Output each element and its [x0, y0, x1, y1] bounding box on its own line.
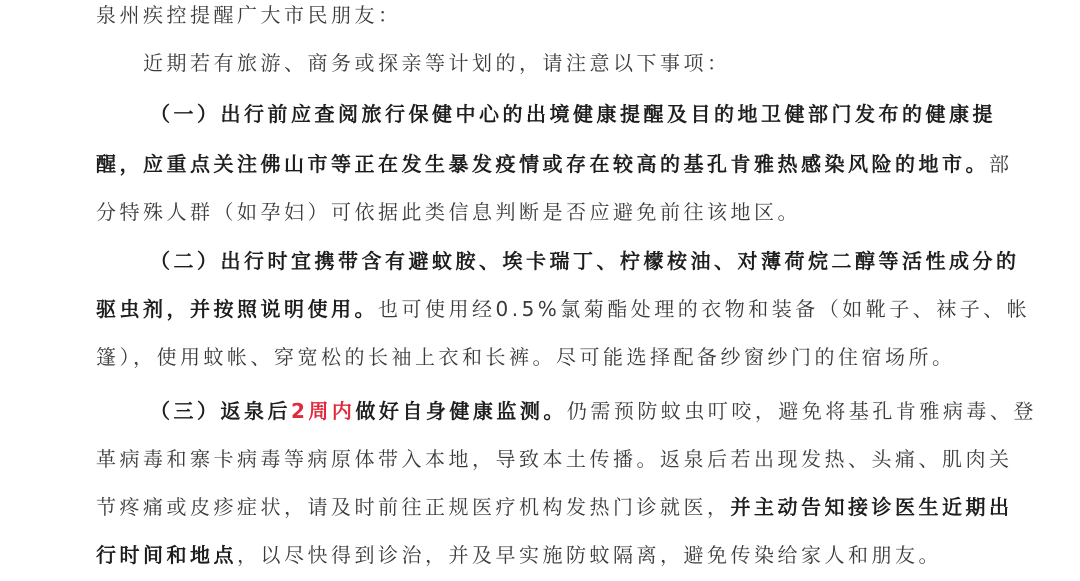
item-3-bold-text: 并主动告知接诊医生近期出 [731, 495, 1013, 519]
intro-line: 近期若有旅游、商务或探亲等计划的，请注意以下事项： [143, 50, 1080, 76]
item-2-line-1: （二）出行时宜携带含有避蚊胺、埃卡瑞丁、柠檬桉油、对薄荷烷二醇等活性成分的 [150, 248, 1040, 274]
document-page: 泉州疾控提醒广大市民朋友： 近期若有旅游、商务或探亲等计划的，请注意以下事项： … [0, 0, 1080, 581]
greeting-text: 泉州疾控提醒广大市民朋友： [96, 3, 402, 27]
item-3-text: 革病毒和寨卡病毒等病原体带入本地，导致本土传播。返泉后若出现发热、头痛、肌肉关 [96, 447, 1013, 471]
item-2-text: 篷），使用蚊帐、穿宽松的长袖上衣和长裤。尽可能选择配备纱窗纱门的住宿场所。 [96, 345, 956, 369]
item-3-heading: （三）返泉后 [150, 399, 291, 423]
item-3-text: 仍需预防蚊虫叮咬，避免将基孔肯雅病毒、登 [567, 399, 1037, 423]
item-3-line-4: 行时间和地点，以尽快得到诊治，并及早实施防蚊隔离，避免传染给家人和朋友。 [96, 542, 1041, 568]
item-3-text: ，以尽快得到诊治，并及早实施防蚊隔离，避免传染给家人和朋友。 [237, 543, 942, 567]
item-3-line-2: 革病毒和寨卡病毒等病原体带入本地，导致本土传播。返泉后若出现发热、头痛、肌肉关 [96, 446, 1041, 472]
item-1-text: 部 [989, 152, 1013, 176]
item-3-highlight: 2周内 [291, 399, 355, 423]
item-2-heading: （二）出行时宜携带含有避蚊胺、埃卡瑞丁、柠檬桉油、对薄荷烷二醇等活性成分的 [150, 249, 1020, 273]
greeting-line: 泉州疾控提醒广大市民朋友： [96, 2, 1041, 28]
item-2-text: 也可使用经0.5%氯菊酯处理的衣物和装备（如靴子、袜子、帐 [378, 297, 1030, 321]
item-3-line-1: （三）返泉后2周内做好自身健康监测。仍需预防蚊虫叮咬，避免将基孔肯雅病毒、登 [150, 398, 1040, 424]
item-1-text: 分特殊人群（如孕妇）可依据此类信息判断是否应避免前往该地区。 [96, 200, 801, 224]
item-2-line-3: 篷），使用蚊帐、穿宽松的长袖上衣和长裤。尽可能选择配备纱窗纱门的住宿场所。 [96, 344, 1041, 370]
item-2-line-2: 驱虫剂，并按照说明使用。也可使用经0.5%氯菊酯处理的衣物和装备（如靴子、袜子、… [96, 296, 1041, 322]
intro-text: 近期若有旅游、商务或探亲等计划的，请注意以下事项： [143, 51, 731, 75]
item-1-line-1: （一）出行前应查阅旅行保健中心的出境健康提醒及目的地卫健部门发布的健康提 [150, 101, 1040, 127]
item-1-line-2: 醒，应重点关注佛山市等正在发生暴发疫情或存在较高的基孔肯雅热感染风险的地市。部 [96, 151, 1041, 177]
item-1-bold-text: 醒，应重点关注佛山市等正在发生暴发疫情或存在较高的基孔肯雅热感染风险的地市。 [96, 152, 989, 176]
item-3-bold-text: 行时间和地点 [96, 543, 237, 567]
item-1-line-3: 分特殊人群（如孕妇）可依据此类信息判断是否应避免前往该地区。 [96, 199, 1041, 225]
item-3-bold-text: 做好自身健康监测。 [355, 399, 567, 423]
item-3-line-3: 节疼痛或皮疹症状，请及时前往正规医疗机构发热门诊就医，并主动告知接诊医生近期出 [96, 494, 1041, 520]
item-1-heading: （一）出行前应查阅旅行保健中心的出境健康提醒及目的地卫健部门发布的健康提 [150, 102, 996, 126]
item-3-text: 节疼痛或皮疹症状，请及时前往正规医疗机构发热门诊就医， [96, 495, 731, 519]
item-2-bold-text: 驱虫剂，并按照说明使用。 [96, 297, 378, 321]
